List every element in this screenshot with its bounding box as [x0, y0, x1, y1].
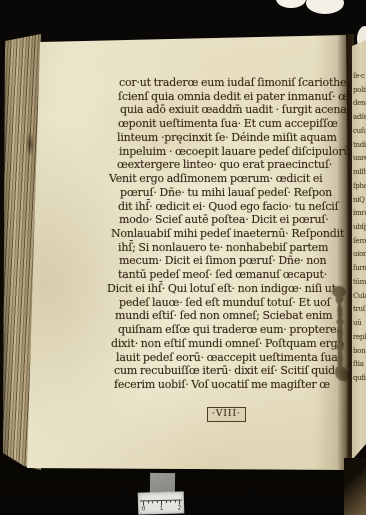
manuscript-text-line: fecerim uobiſ· Voſ uocatiſ me magiſter œ — [114, 379, 330, 391]
manuscript-text-line: cum recubuiſſœ iterū· dixit eiſ· Scitiſ … — [114, 365, 335, 377]
manuscript-text-line: ſcienſ quia omnia dedit ei pater inmanuſ… — [118, 91, 349, 103]
facing-page-text-fragment: tūm — [353, 278, 366, 286]
ruler-tick — [165, 501, 166, 503]
manuscript-page: cor·ut traderœ eum iudaſ ſimoniſ ſcariot… — [0, 0, 366, 515]
manuscript-text-line: cor·ut traderœ eum iudaſ ſimoniſ ſcariot… — [119, 77, 354, 89]
manuscript-text-line: quiſnam eſſœ qui traderœ eum· propterea — [118, 324, 343, 336]
facing-page-text-fragment: ſero — [353, 237, 366, 245]
ruler-number: 2 — [178, 504, 182, 511]
measurement-ruler: 012 — [138, 491, 185, 514]
facing-page-edge: ſe·cpolifdenaadſecuſutndiuaremlſtſpho·ni… — [352, 40, 366, 462]
manuscript-text-line: quia adō exiuit œaddm̄ uadit · ſurgit ac… — [120, 104, 347, 116]
manuscript-text-line: inpeluim · œcoepit lauare pedeſ diſcipul… — [119, 146, 354, 158]
facing-page-text-fragment: qufia — [353, 374, 366, 382]
manuscript-text-line: Venit ergo adſimonem pœrum· œdicit ei — [109, 173, 323, 185]
manuscript-text-line: dixit· non eſtiſ mundi omneſ· Poſtquam e… — [111, 338, 344, 350]
manuscript-text-line: mundi eſtiſ· ſed non omneſ; Sciebat enim — [115, 310, 332, 322]
manuscript-text-line: Dicit ei ihſ̄· Qui lotuſ eſt· non indigœ… — [107, 283, 336, 295]
facing-page-text-fragment: mlſt — [353, 168, 366, 176]
facing-page-text-fragment: imra — [353, 209, 366, 217]
white-highlight-blob — [306, 0, 344, 14]
ruler-ticks — [138, 491, 184, 492]
manuscript-text-line: Nonlauabiſ mihi pedeſ inaeternū· Reſpond… — [111, 228, 344, 240]
ruler-tick — [156, 501, 157, 503]
facing-page-text-fragment: niQ — [353, 196, 365, 204]
binding-corner-shadow — [344, 458, 366, 515]
facing-page-text-fragment: tndi — [353, 141, 366, 149]
manuscript-text-line: pedeſ lauœ· ſed eſt munduſ totuſ· Et uoſ — [119, 297, 330, 309]
manuscript-text-line: œextergere linteo· quo erat praecinctuſ· — [117, 159, 332, 171]
ruler-tick — [174, 501, 175, 503]
manuscript-text-line: lauit pedeſ eorū· œaccepit ueſtimenta ſu… — [116, 352, 341, 364]
manuscript-text-line: linteum ·pręcinxit ſe· Déinde miſit aqua… — [117, 132, 337, 144]
facing-page-text-fragment: ſurm — [353, 264, 366, 272]
white-highlight-blob — [276, 0, 306, 8]
fore-edge-stain — [26, 131, 34, 157]
facing-page-text-fragment: ſtia — [353, 360, 364, 368]
ruler-tick — [147, 501, 148, 503]
facing-page-text-fragment: truſ — [353, 305, 365, 313]
facing-page-text-fragment: adſe — [353, 113, 366, 121]
manuscript-text-line: tantū pedeſ meoſ· ſed œmanuſ œcaput· — [118, 269, 327, 281]
facing-page-text-fragment: bon — [353, 347, 365, 355]
manuscript-photo: cor·ut traderœ eum iudaſ ſimoniſ ſcariot… — [0, 0, 366, 515]
manuscript-text-line: pœruſ· Dñe· tu mihi lauaſ pedeſ· Reſpon — [120, 187, 332, 199]
ruler-tick — [170, 501, 171, 503]
facing-page-text-fragment: ſpho· — [353, 182, 366, 190]
facing-page-text-fragment: Culap — [353, 292, 366, 300]
facing-page-text-fragment: cuſu — [353, 127, 366, 135]
facing-page-text-fragment: dena — [353, 99, 366, 107]
quire-mark: ·VIII· — [207, 407, 246, 422]
manuscript-text-line: œponit ueſtimenta ſua· Et cum accepiſſœ — [118, 118, 338, 130]
facing-page-text-fragment: uū — [353, 319, 361, 327]
facing-page-text-fragment: uare — [353, 154, 366, 162]
ruler-numbers: 012 — [138, 491, 184, 492]
facing-page-text-fragment: ubſpr — [353, 223, 366, 231]
ruler-number: 1 — [160, 505, 164, 512]
ruler-tick — [152, 501, 153, 503]
manuscript-text-line: dit ihſ̄· œdicit ei· Quod ego facio· tu … — [118, 201, 338, 213]
ruler-number: 0 — [142, 505, 146, 512]
facing-page-text-fragment: polif — [353, 86, 366, 94]
manuscript-text-line: modo· Scieſ autē poſtea· Dicit ei pœruſ· — [119, 214, 329, 226]
facing-page-text-fragment: replu — [353, 333, 366, 341]
page-gutter-shadow — [337, 34, 354, 471]
manuscript-text-line: mecum· Dicit ei ſimon pœruſ· Dñe· non — [119, 255, 326, 267]
manuscript-text-line: ihſ̄; Si nonlauero te· nonhabebiſ partem — [118, 242, 328, 254]
facing-page-text-fragment: uion — [353, 250, 366, 258]
facing-page-text-fragment: ſe·c — [353, 72, 365, 80]
